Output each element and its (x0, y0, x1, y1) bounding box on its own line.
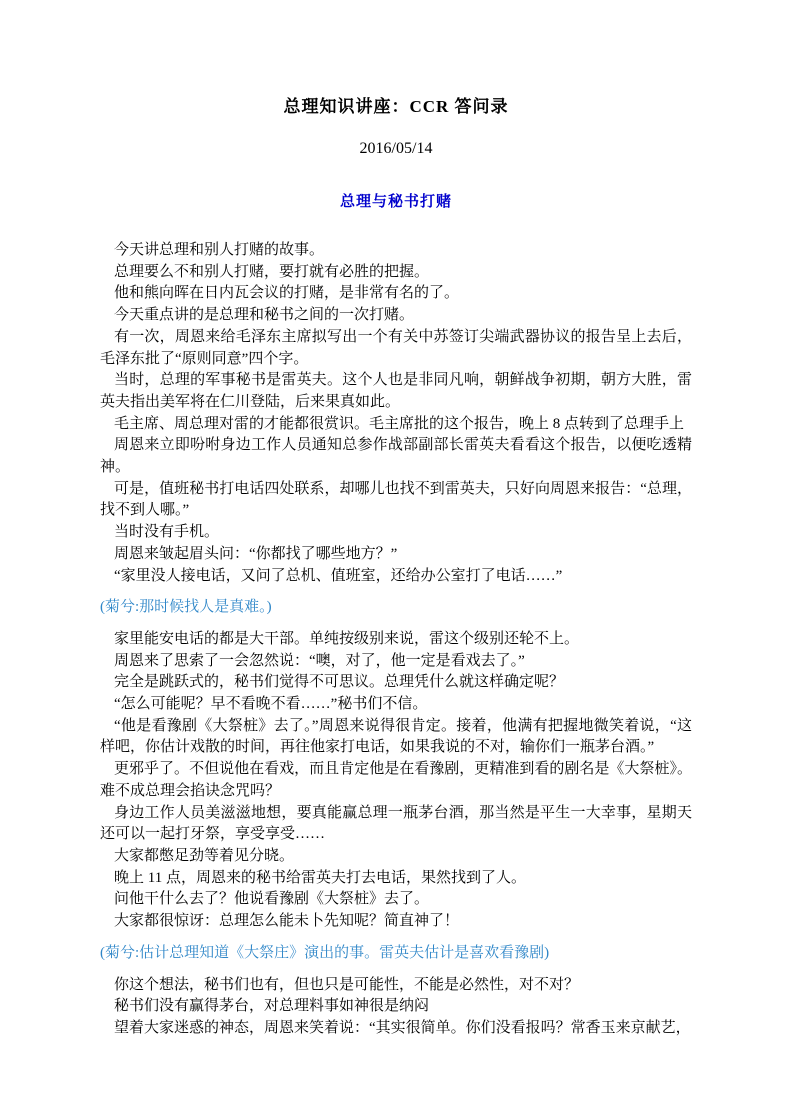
document-date: 2016/05/14 (100, 141, 692, 157)
body-paragraph: 你这个想法，秘书们也有，但也只是可能性，不能是必然性，对不对？ (100, 975, 692, 997)
body-paragraph: “他是看豫剧《大祭桩》去了。”周恩来说得很肯定。接着，他满有把握地微笑着说，“这… (100, 716, 692, 759)
section-heading: 总理与秘书打赌 (100, 194, 692, 210)
body-paragraph: 他和熊向晖在日内瓦会议的打赌，是非常有名的了。 (100, 283, 692, 305)
annotation-paragraph: (菊兮:那时候找人是真难。) (100, 597, 692, 619)
body-paragraph: 当时，总理的军事秘书是雷英夫。这个人也是非同凡响，朝鲜战争初期，朝方大胜，雷英夫… (100, 370, 692, 413)
document-body: 今天讲总理和别人打赌的故事。 总理要么不和别人打赌，要打就有必胜的把握。 他和熊… (100, 240, 692, 1040)
body-paragraph: 毛主席、周总理对雷的才能都很赏识。毛主席批的这个报告，晚上 8 点转到了总理手上 (100, 414, 692, 436)
body-paragraph: 总理要么不和别人打赌，要打就有必胜的把握。 (100, 262, 692, 284)
body-paragraph: 问他干什么去了？他说看豫剧《大祭桩》去了。 (100, 889, 692, 911)
body-paragraph: “家里没人接电话，又问了总机、值班室，还给办公室打了电话……” (100, 566, 692, 588)
body-paragraph: 周恩来皱起眉头问：“你都找了哪些地方？” (100, 544, 692, 566)
document-content: 总理知识讲座：CCR 答问录 2016/05/14 总理与秘书打赌 今天讲总理和… (100, 0, 692, 1040)
body-paragraph: 晚上 11 点，周恩来的秘书给雷英夫打去电话，果然找到了人。 (100, 868, 692, 890)
body-paragraph: 周恩来了思索了一会忽然说：“噢，对了，他一定是看戏去了。” (100, 651, 692, 673)
body-paragraph: 有一次，周恩来给毛泽东主席拟写出一个有关中苏签订尖端武器协议的报告呈上去后，毛泽… (100, 327, 692, 370)
body-paragraph: 今天重点讲的是总理和秘书之间的一次打赌。 (100, 305, 692, 327)
body-paragraph: 更邪乎了。不但说他在看戏，而且肯定他是在看豫剧，更精准到看的剧名是《大祭桩》。难… (100, 759, 692, 802)
annotation-paragraph: (菊兮:估计总理知道《大祭庄》演出的事。雷英夫估计是喜欢看豫剧) (100, 943, 692, 965)
body-paragraph: 可是，值班秘书打电话四处联系，却哪儿也找不到雷英夫，只好向周恩来报告：“总理，找… (100, 479, 692, 522)
body-paragraph: 周恩来立即吩咐身边工作人员通知总参作战部副部长雷英夫看看这个报告，以便吃透精神。 (100, 435, 692, 478)
body-paragraph: 当时没有手机。 (100, 522, 692, 544)
body-paragraph: 大家都憋足劲等着见分晓。 (100, 846, 692, 868)
document-page: 总理知识讲座：CCR 答问录 2016/05/14 总理与秘书打赌 今天讲总理和… (0, 0, 800, 1100)
body-paragraph: 大家都很惊讶：总理怎么能未卜先知呢？简直神了！ (100, 911, 692, 933)
body-paragraph: 今天讲总理和别人打赌的故事。 (100, 240, 692, 262)
body-paragraph: “怎么可能呢？早不看晚不看……”秘书们不信。 (100, 694, 692, 716)
body-paragraph: 秘书们没有赢得茅台，对总理料事如神很是纳闷 (100, 996, 692, 1018)
body-paragraph: 身边工作人员美滋滋地想，要真能赢总理一瓶茅台酒，那当然是平生一大幸事，星期天还可… (100, 803, 692, 846)
body-paragraph: 家里能安电话的都是大干部。单纯按级别来说，雷这个级别还轮不上。 (100, 629, 692, 651)
body-paragraph: 完全是跳跃式的，秘书们觉得不可思议。总理凭什么就这样确定呢？ (100, 672, 692, 694)
document-title: 总理知识讲座：CCR 答问录 (100, 97, 692, 117)
body-paragraph: 望着大家迷惑的神态，周恩来笑着说：“其实很简单。你们没看报吗？常香玉来京献艺， (100, 1018, 692, 1040)
